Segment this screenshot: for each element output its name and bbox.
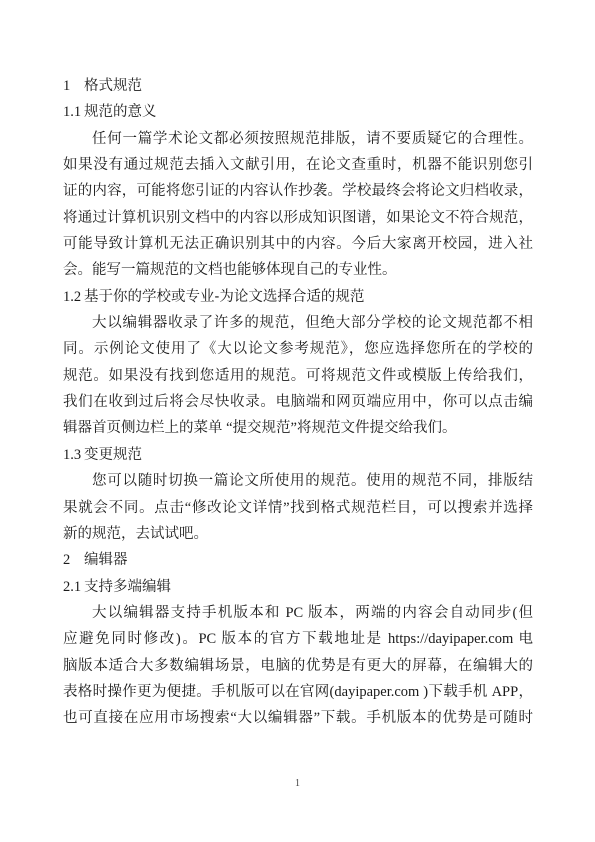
heading-text: 编辑器 xyxy=(84,552,128,568)
heading-line: 1格式规范 xyxy=(63,73,533,99)
heading-number: 2 xyxy=(63,547,84,573)
body-text-line: 也可直接在应用市场搜索“大以编辑器”下载。手机版本的优势是可随时 xyxy=(63,705,533,731)
body-text-line: 果就会不同。点击“修改论文详情”找到格式规范栏目，可以搜索并选择 xyxy=(63,495,533,521)
body-text-line: 会。能写一篇规范的文档也能够体现自己的专业性。 xyxy=(63,257,533,283)
document-page: 1格式规范1.1规范的意义任何一篇学术论文都必须按照规范排版，请不要质疑它的合理… xyxy=(0,0,595,842)
heading-line: 2编辑器 xyxy=(63,547,533,573)
heading-line: 1.2基于你的学校或专业-为论文选择合适的规范 xyxy=(63,284,533,310)
heading-line: 1.1规范的意义 xyxy=(63,99,533,125)
body-text-line: 表格时操作更为便捷。手机版可以在官网(dayipaper.com )下载手机 A… xyxy=(63,679,533,705)
body-text-line: 脑版本适合大多数编辑场景，电脑的优势是有更大的屏幕，在编辑大的 xyxy=(63,653,533,679)
heading-number: 1.1 xyxy=(63,99,84,125)
body-text-line: 辑器首页侧边栏上的菜单 “提交规范”将规范文件提交给我们。 xyxy=(63,415,533,441)
body-text-line: 任何一篇学术论文都必须按照规范排版，请不要质疑它的合理性。 xyxy=(63,126,533,152)
heading-number: 1.2 xyxy=(63,284,84,310)
body-text-line: 大以编辑器支持手机版本和 PC 版本，两端的内容会自动同步(但 xyxy=(63,600,533,626)
body-text-line: 如果没有通过规范去插入文献引用，在论文查重时，机器不能识别您引 xyxy=(63,152,533,178)
heading-line: 2.1支持多端编辑 xyxy=(63,574,533,600)
body-text-line: 证的内容，可能将您引证的内容认作抄袭。学校最终会将论文归档收录， xyxy=(63,178,533,204)
body-text-line: 您可以随时切换一篇论文所使用的规范。使用的规范不同，排版结 xyxy=(63,468,533,494)
body-text-line: 可能导致计算机无法正确识别其中的内容。今后大家离开校园，进入社 xyxy=(63,231,533,257)
heading-number: 1 xyxy=(63,73,84,99)
document-content: 1格式规范1.1规范的意义任何一篇学术论文都必须按照规范排版，请不要质疑它的合理… xyxy=(63,73,533,732)
body-text-line: 应避免同时修改)。PC 版本的官方下载地址是 https://dayipaper… xyxy=(63,626,533,652)
heading-text: 格式规范 xyxy=(84,78,142,94)
body-text-line: 大以编辑器收录了许多的规范，但绝大部分学校的论文规范都不相 xyxy=(63,310,533,336)
heading-text: 基于你的学校或专业-为论文选择合适的规范 xyxy=(84,289,364,305)
body-text-line: 我们在收到过后将会尽快收录。电脑端和网页端应用中，你可以点击编 xyxy=(63,389,533,415)
body-text-line: 将通过计算机识别文档中的内容以形成知识图谱，如果论文不符合规范， xyxy=(63,205,533,231)
heading-number: 1.3 xyxy=(63,442,84,468)
body-text-line: 新的规范，去试试吧。 xyxy=(63,521,533,547)
heading-text: 支持多端编辑 xyxy=(84,579,171,595)
body-text-line: 同。示例论文使用了《大以论文参考规范》，您应选择您所在的学校的 xyxy=(63,336,533,362)
heading-text: 规范的意义 xyxy=(84,104,157,120)
body-text-line: 规范。如果没有找到您适用的规范。可将规范文件或模版上传给我们， xyxy=(63,363,533,389)
heading-line: 1.3变更规范 xyxy=(63,442,533,468)
heading-number: 2.1 xyxy=(63,574,84,600)
heading-text: 变更规范 xyxy=(84,447,142,463)
page-number: 1 xyxy=(0,776,595,792)
